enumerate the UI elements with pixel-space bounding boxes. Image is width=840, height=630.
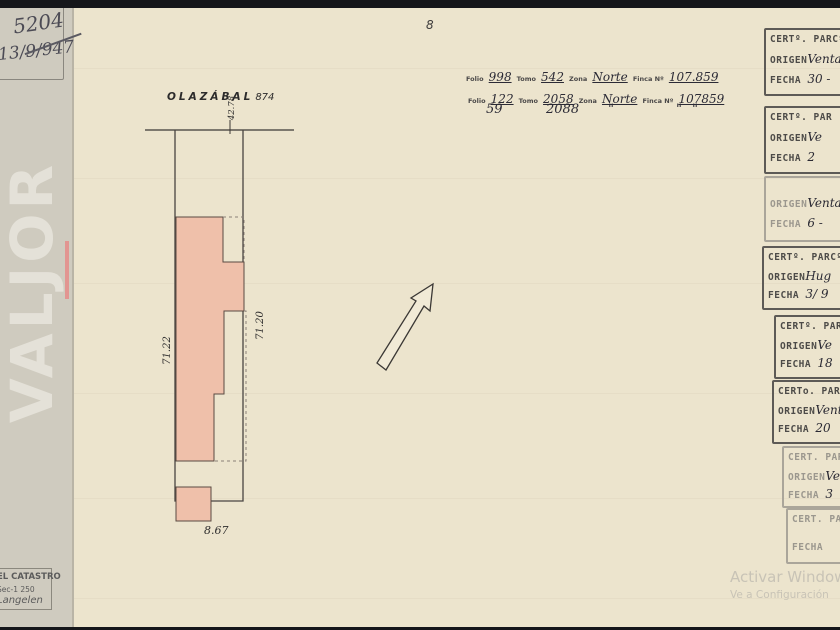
fecha-label: FECHA (778, 424, 809, 435)
activate-windows-subtitle: Ve a Configuración (730, 589, 840, 601)
fecha-label: FECHA (792, 542, 823, 553)
zona-label: Zona (569, 75, 587, 83)
origen-value: Ve (807, 130, 822, 144)
cert-title: CERTº. PARC (780, 321, 840, 332)
origen-label: ORIGEN (770, 199, 807, 210)
fecha-label: FECHA (770, 219, 801, 230)
fecha-label: FECHA (788, 490, 819, 501)
origen-value: Venta (807, 52, 840, 66)
document-page: VALJOR 5204 13/9/947 EL CATASTRO Sec-1 2… (0, 8, 840, 627)
cert-title: CERTo. PARCo. N (778, 386, 840, 397)
origen-label: ORIGEN (768, 272, 805, 283)
origen-value: Hug (805, 269, 831, 283)
building-footprint (176, 217, 244, 461)
origen-value: Ve (825, 469, 840, 483)
origen-label: ORIGEN (788, 472, 825, 483)
dashed-outline (223, 217, 244, 262)
certificate-stamp: CERTº. PARC ORIGENVe FECHA 18 (774, 315, 840, 379)
activate-windows-title: Activar Windows (730, 568, 840, 586)
finca-value: 107.859 (669, 70, 719, 84)
certificate-stamp: CERTº. PARCº. N ORIGENHug FECHA 3/ 9 (762, 246, 840, 310)
registry-row-3: 59 2088 " " " (466, 102, 726, 120)
tomo-value: 2088 (546, 102, 579, 117)
origen-label: ORIGEN (780, 341, 817, 352)
fecha-label: FECHA (768, 290, 799, 301)
fecha-value: 3/ 9 (805, 287, 828, 301)
finca-value: " (692, 102, 698, 117)
cert-title: CERTº. PAR (770, 112, 832, 123)
cert-title: CERT. PARC (788, 452, 840, 463)
cert-title: CERT. PARC (792, 514, 840, 525)
origen-value: Ve (817, 338, 832, 352)
fecha-value: 20 (815, 421, 830, 435)
folio-label: Folio (466, 75, 484, 83)
dimension-rear-width: 8.67 (204, 524, 229, 537)
registry-row-1: Folio 998 Tomo 542 Zona Norte Finca Nº 1… (466, 66, 718, 85)
fecha-label: FECHA (770, 153, 801, 164)
fecha-value: 18 (817, 356, 832, 370)
origen-label: ORIGEN (770, 55, 807, 66)
certificate-stamp: CERT. PARC ORIGENVe FECHA 3 (782, 446, 840, 508)
origen-value: Venta (807, 196, 840, 210)
finca-value: " (676, 102, 682, 117)
origen-label: ORIGEN (770, 133, 807, 144)
activate-windows-watermark: Activar Windows Ve a Configuración (730, 568, 840, 601)
north-arrow-icon (377, 284, 433, 370)
certificate-stamp: CERTº. PAR ORIGENVe FECHA 2 (764, 106, 840, 174)
certificate-stamp: CERTº. PARCº. N ORIGENVenta FECHA 30 - (764, 28, 840, 96)
fecha-value: 3 (825, 487, 833, 501)
street-label: OLAZÁBAL874 (167, 91, 274, 103)
folio-value: 59 (486, 102, 503, 117)
cert-title: CERTº. PARCº. N (770, 34, 840, 45)
zona-value: " (608, 102, 614, 117)
finca-label: Finca Nº (633, 75, 664, 83)
tomo-label: Tomo (517, 75, 536, 83)
zona-value: Norte (592, 70, 627, 84)
certificate-stamp: ORIGENVenta FECHA 6 - (764, 176, 840, 242)
certificate-stamp: CERTo. PARCo. N ORIGENVenta FECHA 20 (772, 380, 840, 444)
street-number: 874 (255, 92, 274, 103)
dimension-left-side: 71.22 (162, 336, 173, 365)
certificate-stamp: CERT. PARC FECHA (786, 508, 840, 564)
cert-title: CERTº. PARCº. N (768, 252, 840, 263)
rear-structure (176, 487, 211, 521)
fecha-value: 30 - (807, 72, 830, 86)
fecha-label: FECHA (780, 359, 811, 370)
street-name: OLAZÁBAL (167, 91, 253, 103)
tomo-value: 542 (541, 70, 564, 84)
fecha-label: FECHA (770, 75, 801, 86)
origen-label: ORIGEN (778, 406, 815, 417)
dimension-street-offset: 42.78 (227, 96, 237, 120)
origen-value: Venta (815, 403, 840, 417)
top-dark-border (0, 0, 840, 8)
dimension-right-side: 71.20 (255, 311, 266, 340)
fecha-value: 6 - (807, 216, 823, 230)
fecha-value: 2 (807, 150, 815, 164)
folio-value: 998 (489, 70, 512, 84)
